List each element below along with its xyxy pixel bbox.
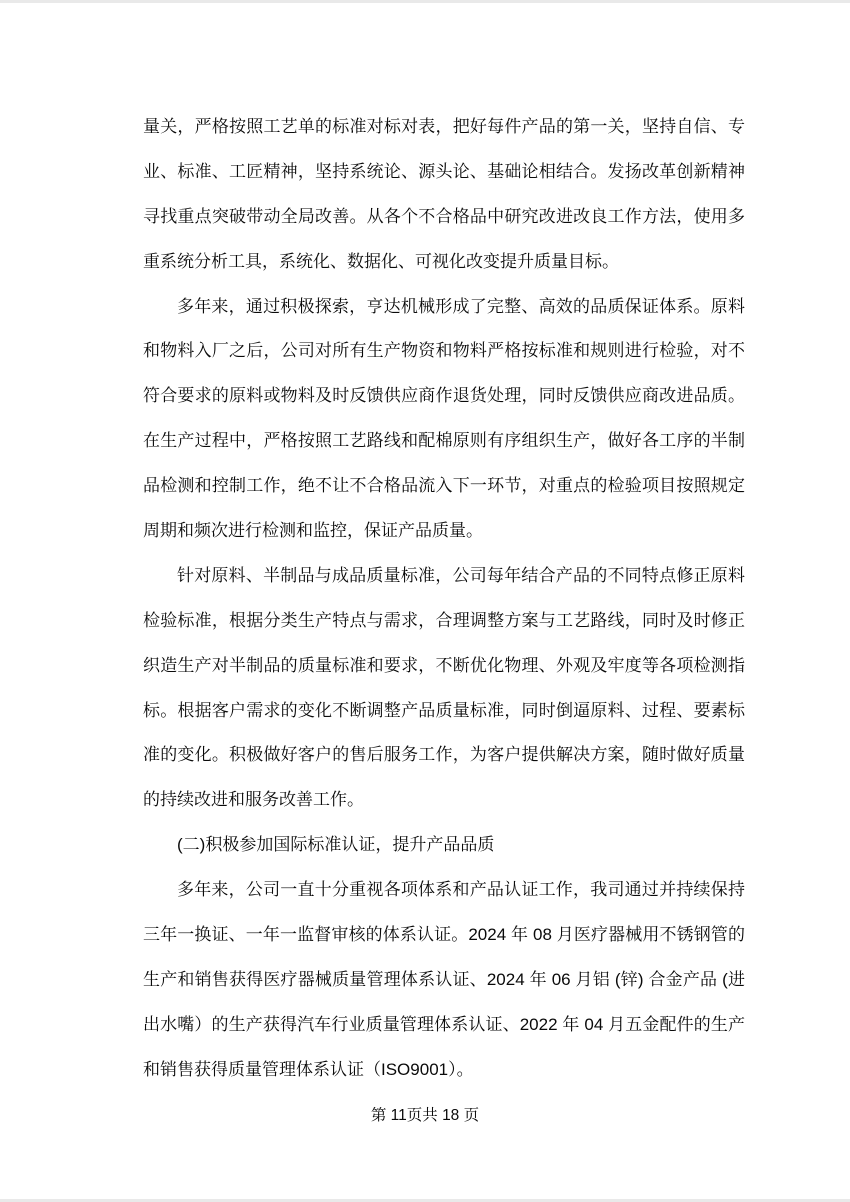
document-body: 量关，严格按照工艺单的标准对标对表，把好每件产品的第一关，坚持自信、专业、标准、… <box>143 105 745 1093</box>
text-line: 检验标准，根据分类生产特点与需求，合理调整方案与工艺路线，同时及时修正 <box>143 599 745 644</box>
text-line: 品检测和控制工作，绝不让不合格品流入下一环节，对重点的检验项目按照规定 <box>143 464 745 509</box>
text-line: 寻找重点突破带动全局改善。从各个不合格品中研究改进改良工作方法，使用多 <box>143 195 745 240</box>
text-line: 标。根据客户需求的变化不断调整产品质量标准，同时倒逼原料、过程、要素标 <box>143 689 745 734</box>
paragraph: 针对原料、半制品与成品质量标准，公司每年结合产品的不同特点修正原料检验标准，根据… <box>143 554 745 823</box>
paragraph: 量关，严格按照工艺单的标准对标对表，把好每件产品的第一关，坚持自信、专业、标准、… <box>143 105 745 285</box>
text-line: 多年来，公司一直十分重视各项体系和产品认证工作，我司通过并持续保持 <box>143 868 745 913</box>
section-heading-line: (二)积极参加国际标准认证，提升产品品质 <box>143 823 745 868</box>
text-line: 和销售获得质量管理体系认证（ISO9001）。 <box>143 1048 745 1093</box>
text-line: 周期和频次进行检测和监控，保证产品质量。 <box>143 509 745 554</box>
text-line: 和物料入厂之后，公司对所有生产物资和物料严格按标准和规则进行检验，对不 <box>143 329 745 374</box>
text-line: 多年来，通过积极探索，亨达机械形成了完整、高效的品质保证体系。原料 <box>143 285 745 330</box>
page-edge-top <box>0 0 850 3</box>
page-footer: 第 11页共 18 页 <box>0 1101 850 1131</box>
paragraph: 多年来，通过积极探索，亨达机械形成了完整、高效的品质保证体系。原料和物料入厂之后… <box>143 285 745 554</box>
paragraph: 多年来，公司一直十分重视各项体系和产品认证工作，我司通过并持续保持三年一换证、一… <box>143 868 745 1092</box>
text-line: 准的变化。积极做好客户的售后服务工作，为客户提供解决方案，随时做好质量 <box>143 733 745 778</box>
text-line: 三年一换证、一年一监督审核的体系认证。2024 年 08 月医疗器械用不锈钢管的 <box>143 913 745 958</box>
text-line: 量关，严格按照工艺单的标准对标对表，把好每件产品的第一关，坚持自信、专 <box>143 105 745 150</box>
text-line: 出水嘴）的生产获得汽车行业质量管理体系认证、2022 年 04 月五金配件的生产 <box>143 1003 745 1048</box>
text-line: 织造生产对半制品的质量标准和要求，不断优化物理、外观及牢度等各项检测指 <box>143 644 745 689</box>
text-line: 符合要求的原料或物料及时反馈供应商作退货处理，同时反馈供应商改进品质。 <box>143 374 745 419</box>
text-line: 业、标准、工匠精神，坚持系统论、源头论、基础论相结合。发扬改革创新精神 <box>143 150 745 195</box>
section-heading: (二)积极参加国际标准认证，提升产品品质 <box>143 823 745 868</box>
text-line: 针对原料、半制品与成品质量标准，公司每年结合产品的不同特点修正原料 <box>143 554 745 599</box>
text-line: 重系统分析工具，系统化、数据化、可视化改变提升质量目标。 <box>143 240 745 285</box>
text-line: 的持续改进和服务改善工作。 <box>143 778 745 823</box>
text-line: 生产和销售获得医疗器械质量管理体系认证、2024 年 06 月铝 (锌) 合金产… <box>143 958 745 1003</box>
text-line: 在生产过程中，严格按照工艺路线和配棉原则有序组织生产，做好各工序的半制 <box>143 419 745 464</box>
